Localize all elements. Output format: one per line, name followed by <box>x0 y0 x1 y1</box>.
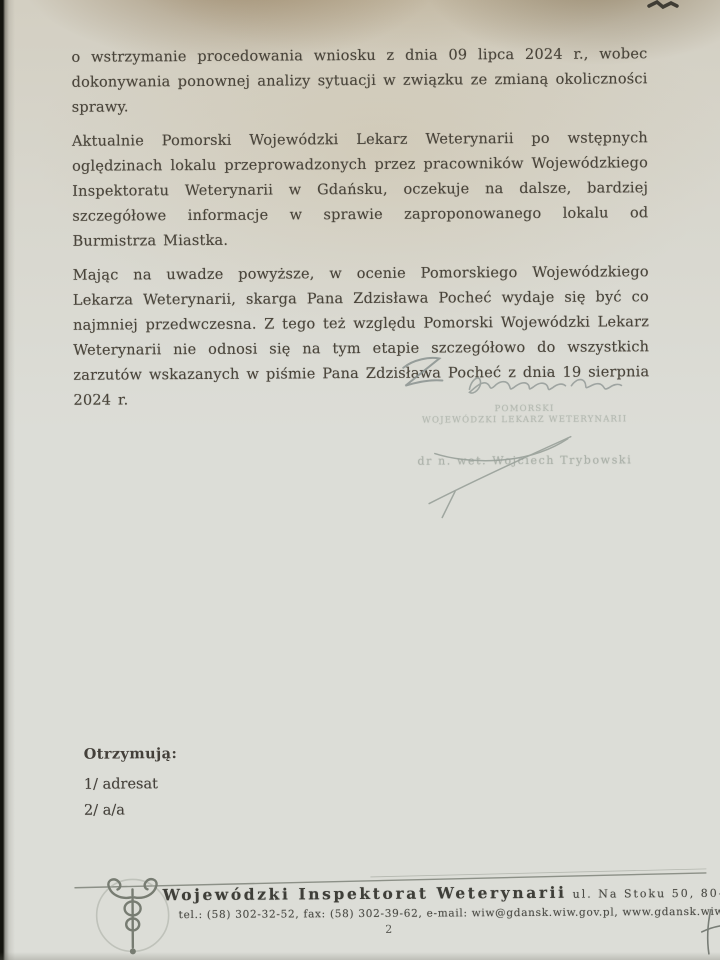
official-stamp-text: POMORSKI WOJEWÓDZKI LEKARZ WETERYNARII <box>380 403 670 427</box>
distribution-list: Otrzymują: 1/ adresat 2/ a/a <box>84 741 178 824</box>
footer-organization: Wojewódzki Inspektorat Weterynarii <box>162 883 566 904</box>
footer-letterhead: Wojewódzki Inspektorat Weterynariiul. Na… <box>162 881 720 904</box>
scanned-letter-page: o wstrzymanie procedowania wniosku z dni… <box>0 0 720 960</box>
distribution-item: 1/ adresat <box>84 771 178 798</box>
paragraph: o wstrzymanie procedowania wniosku z dni… <box>71 42 647 121</box>
distribution-item: 2/ a/a <box>84 797 178 824</box>
stamp-line-2: WOJEWÓDZKI LEKARZ WETERYNARII <box>380 414 670 427</box>
paragraph: Aktualnie Pomorski Wojewódzki Lekarz Wet… <box>72 126 649 255</box>
footer-address: ul. Na Stoku 50, 80-958 Gdańsk <box>573 886 720 900</box>
footer-contact: tel.: (58) 302-32-52, fax: (58) 302-39-6… <box>179 906 661 921</box>
page-number: 2 <box>179 922 599 938</box>
signature-block: POMORSKI WOJEWÓDZKI LEKARZ WETERYNARII d… <box>379 348 670 468</box>
distribution-heading: Otrzymują: <box>84 741 178 768</box>
signer-name: dr n. wet. Wojciech Trybowski <box>380 453 670 468</box>
letter-content: o wstrzymanie procedowania wniosku z dni… <box>0 0 720 960</box>
